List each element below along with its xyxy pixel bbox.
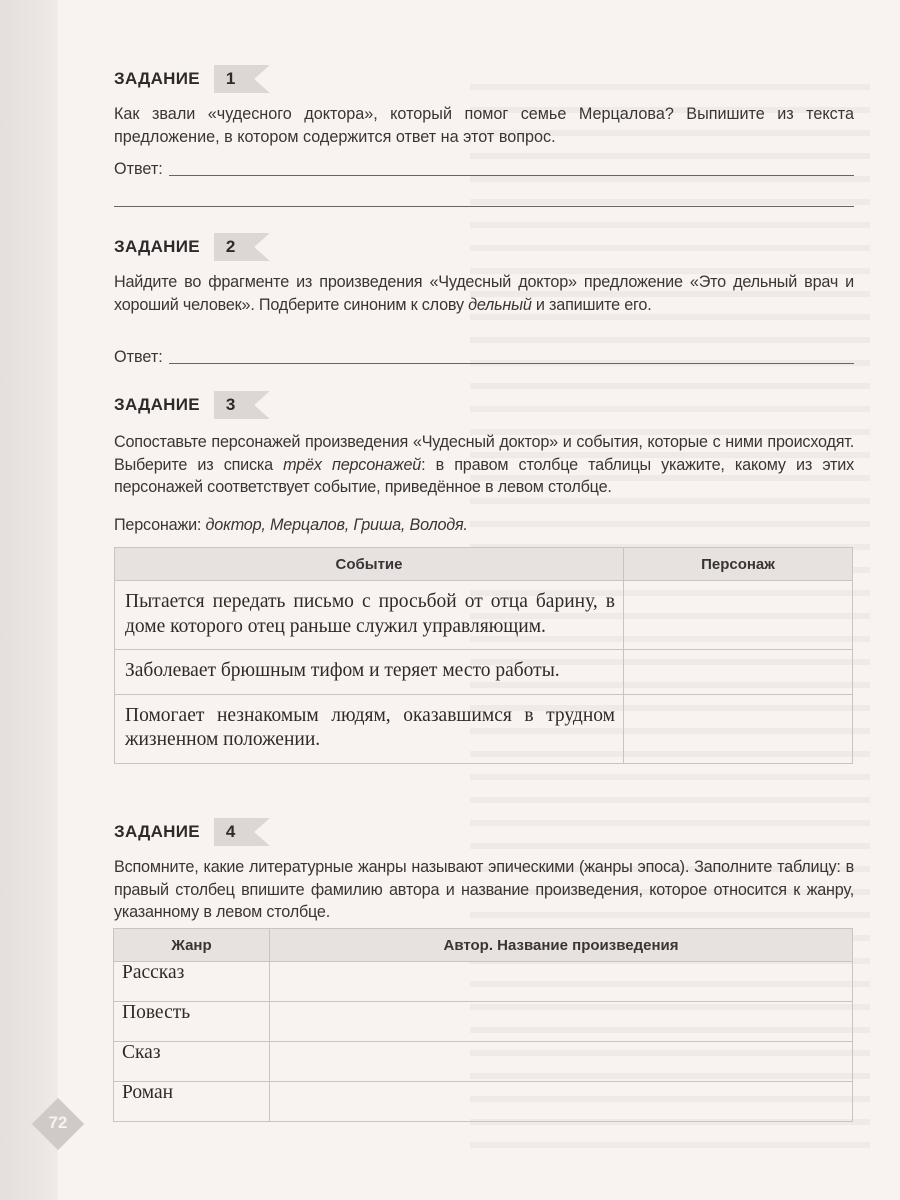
task-number-flag-icon: 1 — [214, 65, 270, 93]
task-3-characters: Персонажи: доктор, Мерцалов, Гриша, Воло… — [114, 514, 854, 537]
character-answer-cell[interactable] — [624, 694, 853, 763]
table-row: Рассказ — [114, 962, 853, 1002]
task-1-number: 1 — [226, 69, 235, 89]
table-header-row: Событие Персонаж — [115, 548, 853, 581]
task-3-table: Событие Персонаж Пытается передать письм… — [114, 547, 853, 764]
task-1-answer-field-line-2[interactable] — [114, 206, 854, 207]
task-2-number: 2 — [226, 237, 235, 257]
table-row: Помогает незнакомым людям, оказавшимся в… — [115, 694, 853, 763]
task-2-question: Найдите во фрагменте из произведения «Чу… — [114, 271, 854, 316]
column-header-character: Персонаж — [624, 548, 853, 581]
page-gutter — [0, 0, 58, 1200]
column-header-event: Событие — [115, 548, 624, 581]
genre-cell: Сказ — [114, 1042, 270, 1082]
author-work-answer-cell[interactable] — [270, 1002, 853, 1042]
table-header-row: Жанр Автор. Название произведения — [114, 929, 853, 962]
event-cell: Пытается передать письмо с просьбой от о… — [115, 581, 624, 650]
character-answer-cell[interactable] — [624, 650, 853, 695]
task-2-text-emphasis: дельный — [468, 296, 531, 314]
task-number-flag-icon: 2 — [214, 233, 270, 261]
task-4-number: 4 — [226, 822, 235, 842]
column-header-genre: Жанр — [114, 929, 270, 962]
event-cell: Заболевает брюшным тифом и теряет место … — [115, 650, 624, 695]
author-work-answer-cell[interactable] — [270, 1042, 853, 1082]
character-answer-cell[interactable] — [624, 581, 853, 650]
task-4-title: ЗАДАНИЕ — [114, 822, 200, 842]
task-2-answer-field[interactable] — [169, 362, 854, 364]
table-row: Заболевает брюшным тифом и теряет место … — [115, 650, 853, 695]
genre-cell: Роман — [114, 1082, 270, 1122]
task-2-title: ЗАДАНИЕ — [114, 237, 200, 257]
task-4-header: ЗАДАНИЕ 4 — [114, 817, 270, 847]
task-2-header: ЗАДАНИЕ 2 — [114, 232, 270, 262]
task-3-header: ЗАДАНИЕ 3 — [114, 390, 270, 420]
task-2-answer-row: Ответ: — [114, 344, 854, 368]
task-3-number: 3 — [226, 395, 235, 415]
task-1-header: ЗАДАНИЕ 1 — [114, 64, 270, 94]
genre-cell: Рассказ — [114, 962, 270, 1002]
task-number-flag-icon: 3 — [214, 391, 270, 419]
task-3-characters-label: Персонажи: — [114, 516, 206, 534]
task-1-question: Как звали «чудесного доктора», который п… — [114, 103, 854, 148]
table-row: Пытается передать письмо с просьбой от о… — [115, 581, 853, 650]
task-1-answer-row: Ответ: — [114, 156, 854, 180]
table-row: Повесть — [114, 1002, 853, 1042]
author-work-answer-cell[interactable] — [270, 962, 853, 1002]
task-3-question: Сопоставьте персонажей произведения «Чуд… — [114, 431, 854, 499]
task-number-flag-icon: 4 — [214, 818, 270, 846]
task-1-title: ЗАДАНИЕ — [114, 69, 200, 89]
table-row: Сказ — [114, 1042, 853, 1082]
author-work-answer-cell[interactable] — [270, 1082, 853, 1122]
page-number-badge: 72 — [33, 1099, 83, 1149]
page-number: 72 — [33, 1113, 83, 1133]
table-row: Роман — [114, 1082, 853, 1122]
task-1-answer-label: Ответ: — [114, 158, 169, 180]
genre-cell: Повесть — [114, 1002, 270, 1042]
task-4-question: Вспомните, какие литературные жанры назы… — [114, 856, 854, 924]
task-3-characters-list: доктор, Мерцалов, Гриша, Володя. — [206, 516, 468, 534]
task-1-answer-field[interactable] — [169, 174, 854, 176]
task-3-text-emphasis: трёх персонажей — [283, 456, 421, 474]
task-3-title: ЗАДАНИЕ — [114, 395, 200, 415]
task-4-table: Жанр Автор. Название произведения Расска… — [113, 928, 853, 1122]
column-header-author-work: Автор. Название произведения — [270, 929, 853, 962]
task-2-text-after: и запишите его. — [532, 296, 652, 314]
task-2-answer-label: Ответ: — [114, 346, 169, 368]
event-cell: Помогает незнакомым людям, оказавшимся в… — [115, 694, 624, 763]
